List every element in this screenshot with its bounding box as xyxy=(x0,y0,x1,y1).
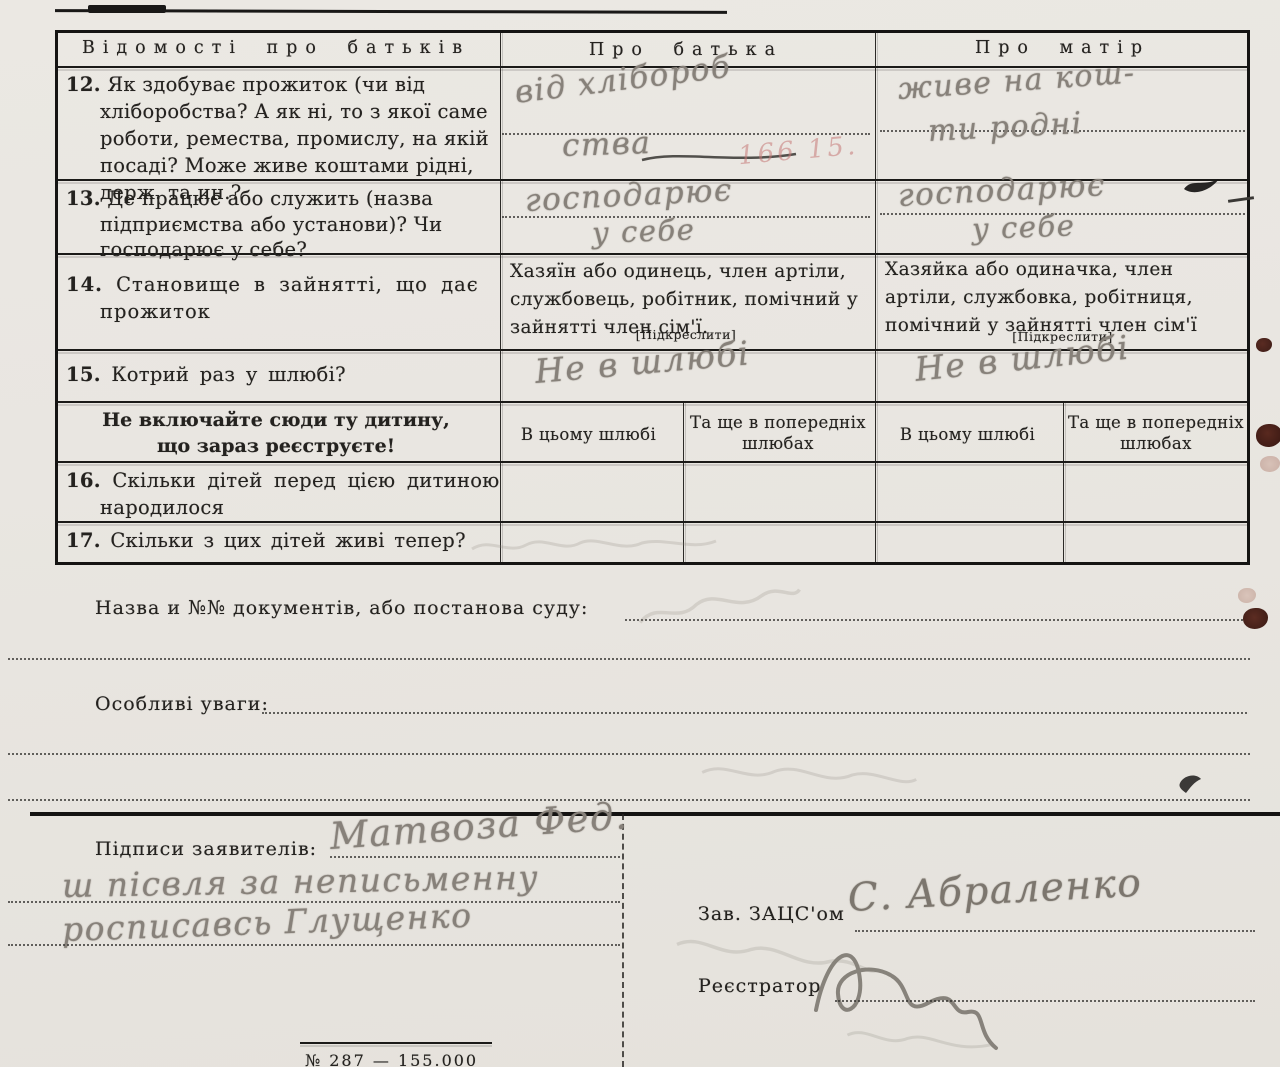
handwriting-father-occupation-2: ства xyxy=(561,125,651,164)
header-about-mother: Про матір xyxy=(875,38,1250,58)
question-17-text: Скільки з цих дітей живі тепер? xyxy=(110,529,466,552)
handwriting-father-workplace-2: у себе xyxy=(591,212,695,250)
children-exclusion-note-line2: що зараз реєструєте! xyxy=(55,434,497,460)
zags-head-signature: С. Абраленко xyxy=(847,861,1144,921)
table-gridline xyxy=(58,401,1247,403)
applicant-signatures-label: Підписи заявителів: xyxy=(95,838,317,860)
question-16-number: 16. xyxy=(66,469,101,492)
writing-line xyxy=(8,753,1250,755)
bottom-section-divider xyxy=(622,814,624,1067)
mother-status-options: Хазяйка або одиначка, член артіли, служб… xyxy=(885,256,1240,339)
section-divider-line xyxy=(30,812,1280,816)
writing-line xyxy=(330,856,620,858)
question-13-number: 13. xyxy=(66,187,101,210)
question-15-number: 15. xyxy=(66,363,101,386)
handwriting-mother-workplace-2: у себе xyxy=(971,208,1075,246)
ink-stain xyxy=(1256,338,1272,352)
question-14-text: Становище в зайнятті, що дає прожиток xyxy=(100,273,479,323)
father-previous-marriages-col: Та ще в попередніх шлюбах xyxy=(686,412,870,455)
scanned-form-page: Відомості про батьків Про батька Про мат… xyxy=(0,0,1280,1067)
question-14: 14. Становище в зайнятті, що дає прожито… xyxy=(66,272,520,326)
mother-current-marriage-col: В цьому шлюбі xyxy=(875,424,1060,445)
table-gridline xyxy=(875,33,876,562)
paper-stain xyxy=(1260,456,1280,472)
children-exclusion-note-line1: Не включайте сюди ту дитину, xyxy=(55,408,497,434)
writing-line xyxy=(835,1000,1255,1002)
ink-bird-mark xyxy=(1182,176,1222,202)
remarks-label: Особливі уваги: xyxy=(95,693,269,715)
table-gridline xyxy=(58,461,1247,463)
applicant-signature-1: Матвоза Фед. xyxy=(329,794,630,858)
bleedthrough-mark xyxy=(699,754,921,803)
mother-previous-marriages-col: Та ще в попередніх шлюбах xyxy=(1066,412,1246,455)
header-parents-info: Відомості про батьків xyxy=(55,38,497,58)
children-exclusion-note: Не включайте сюди ту дитину, що зараз ре… xyxy=(55,408,497,459)
footer-print-reference: № 287 — 155.000 xyxy=(305,1051,478,1067)
paper-stain xyxy=(1238,588,1256,603)
ink-pen-mark xyxy=(1176,773,1204,801)
writing-line xyxy=(8,944,620,946)
writing-line xyxy=(8,658,1250,660)
bleedthrough-mark xyxy=(633,577,807,639)
question-14-number: 14. xyxy=(66,273,103,296)
question-17: 17. Скільки з цих дітей живі тепер? xyxy=(66,528,520,555)
ink-stain xyxy=(1256,424,1280,447)
question-15-text: Котрий раз у шлюбі? xyxy=(111,363,346,386)
question-12-text: Як здобуває прожиток (чи від хліборобств… xyxy=(100,73,489,204)
scan-edge-artifact xyxy=(88,5,166,13)
question-16: 16. Скільки дітей перед цією дитиною нар… xyxy=(66,468,520,522)
question-12-number: 12. xyxy=(66,73,101,96)
writing-line xyxy=(262,712,1247,714)
writing-line xyxy=(8,799,1250,801)
question-17-number: 17. xyxy=(66,529,101,552)
father-current-marriage-col: В цьому шлюбі xyxy=(497,424,680,445)
question-13: 13. Де працює або служить (назва підприє… xyxy=(66,186,510,263)
question-16-text: Скільки дітей перед цією дитиною народил… xyxy=(100,469,500,519)
footer-rule xyxy=(300,1042,492,1044)
question-13-text: Де працює або служить (назва підприємств… xyxy=(100,187,442,261)
bleedthrough-mark xyxy=(470,533,720,563)
question-15: 15. Котрий раз у шлюбі? xyxy=(66,362,520,389)
documents-label: Назва и №№ документів, або постанова суд… xyxy=(95,597,588,619)
ink-stain xyxy=(1243,608,1268,629)
table-gridline xyxy=(1063,403,1064,562)
